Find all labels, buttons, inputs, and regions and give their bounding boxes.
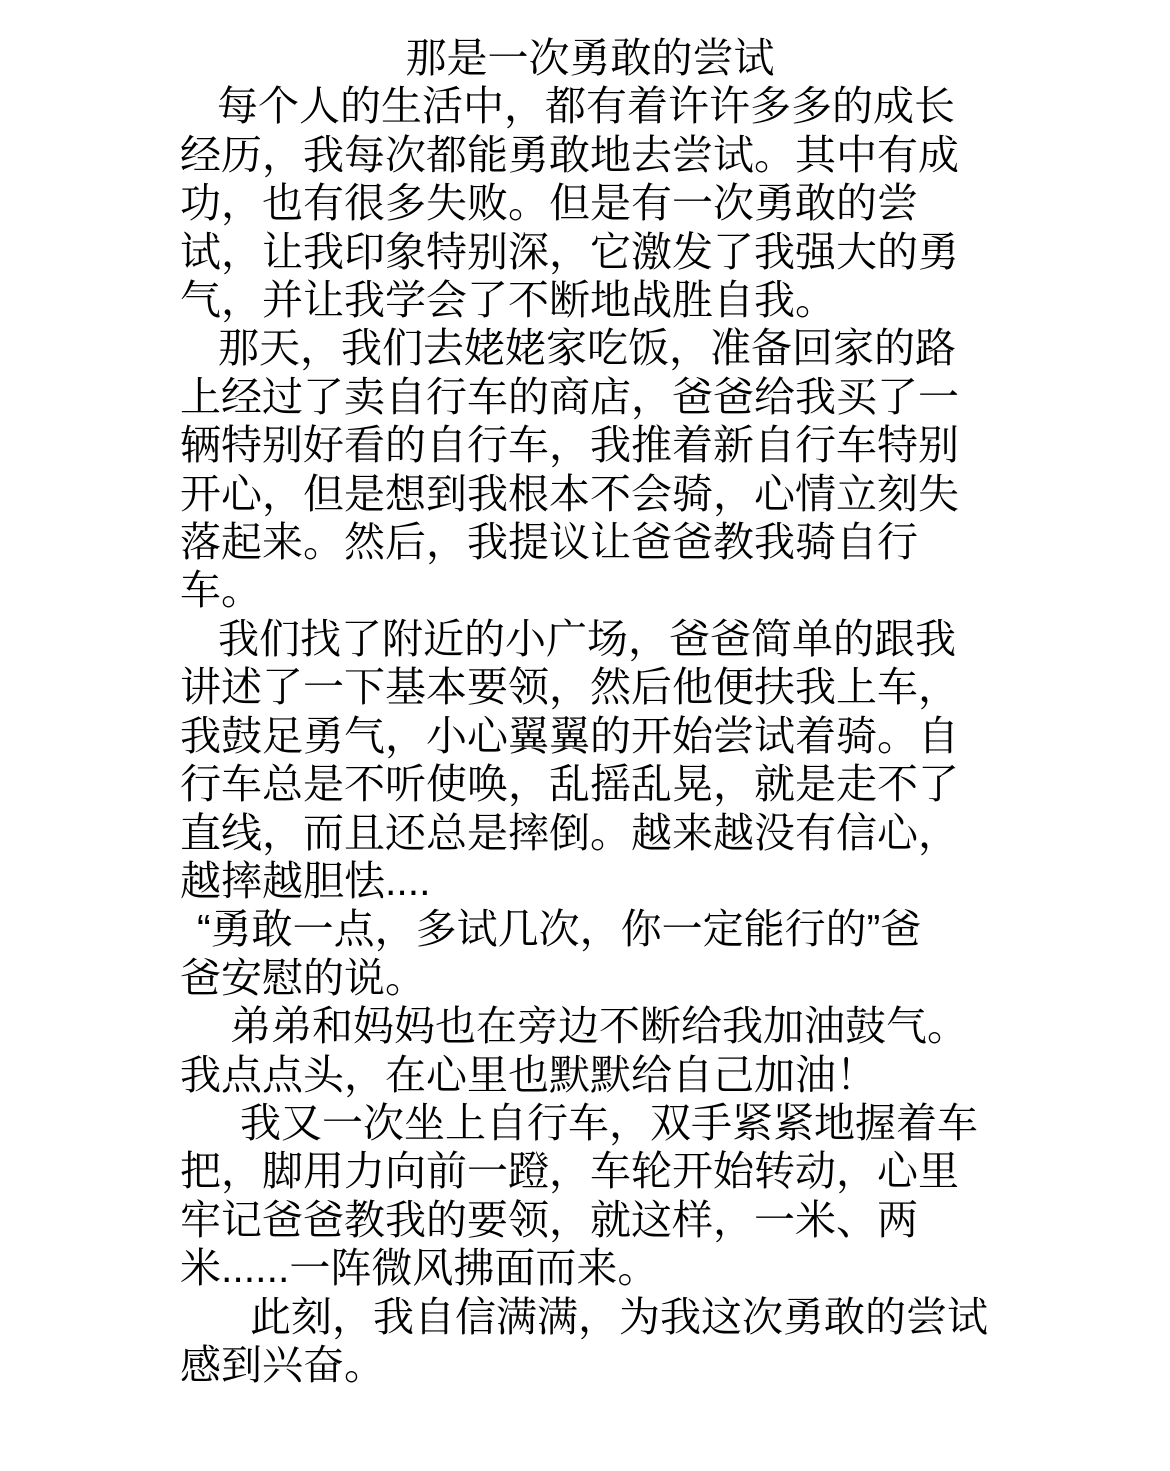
essay-line: 直线，而且还总是摔倒。越来越没有信心， bbox=[180, 809, 1000, 857]
essay-page: 那是一次勇敢的尝试 每个人的生活中，都有着许许多多的成长经历，我每次都能勇敢地去… bbox=[0, 0, 1170, 1471]
essay-line: 我鼓足勇气，小心翼翼的开始尝试着骑。自 bbox=[180, 712, 1000, 760]
essay-line: 感到兴奋。 bbox=[180, 1341, 1000, 1389]
essay-line: 把，脚用力向前一蹬，车轮开始转动，心里 bbox=[180, 1147, 1000, 1195]
essay-line: 爸安慰的说。 bbox=[180, 954, 1000, 1002]
essay-line: 功，也有很多失败。但是有一次勇敢的尝 bbox=[180, 179, 1000, 227]
essay-line: 牢记爸爸教我的要领，就这样，一米、两 bbox=[180, 1196, 1000, 1244]
essay-line: 气，并让我学会了不断地战胜自我。 bbox=[180, 276, 1000, 324]
essay-line: 经历，我每次都能勇敢地去尝试。其中有成 bbox=[180, 131, 1000, 179]
essay-line: 那天，我们去姥姥家吃饭，准备回家的路 bbox=[180, 324, 1000, 372]
essay-line: 辆特别好看的自行车，我推着新自行车特别 bbox=[180, 421, 1000, 469]
essay-line: 越摔越胆怯.... bbox=[180, 857, 1000, 905]
essay-line: 落起来。然后，我提议让爸爸教我骑自行 bbox=[180, 518, 1000, 566]
essay-line: 车。 bbox=[180, 566, 1000, 614]
essay-line: 此刻，我自信满满，为我这次勇敢的尝试 bbox=[180, 1293, 1000, 1341]
essay-line: 每个人的生活中，都有着许许多多的成长 bbox=[180, 82, 1000, 130]
essay-line: 米......一阵微风拂面而来。 bbox=[180, 1244, 1000, 1292]
essay-body: 每个人的生活中，都有着许许多多的成长经历，我每次都能勇敢地去尝试。其中有成功，也… bbox=[180, 82, 1000, 1389]
essay-line: 我点点头，在心里也默默给自己加油！ bbox=[180, 1051, 1000, 1099]
essay-line: 我们找了附近的小广场，爸爸简单的跟我 bbox=[180, 615, 1000, 663]
essay-line: “勇敢一点，多试几次，你一定能行的”爸 bbox=[180, 905, 1000, 953]
essay-line: 上经过了卖自行车的商店，爸爸给我买了一 bbox=[180, 373, 1000, 421]
essay-line: 试，让我印象特别深，它激发了我强大的勇 bbox=[180, 228, 1000, 276]
essay-line: 讲述了一下基本要领，然后他便扶我上车， bbox=[180, 663, 1000, 711]
essay-line: 开心，但是想到我根本不会骑，心情立刻失 bbox=[180, 470, 1000, 518]
essay-line: 弟弟和妈妈也在旁边不断给我加油鼓气。 bbox=[180, 1002, 1000, 1050]
essay-title: 那是一次勇敢的尝试 bbox=[180, 34, 1000, 82]
essay-line: 行车总是不听使唤，乱摇乱晃，就是走不了 bbox=[180, 760, 1000, 808]
essay-line: 我又一次坐上自行车，双手紧紧地握着车 bbox=[180, 1099, 1000, 1147]
